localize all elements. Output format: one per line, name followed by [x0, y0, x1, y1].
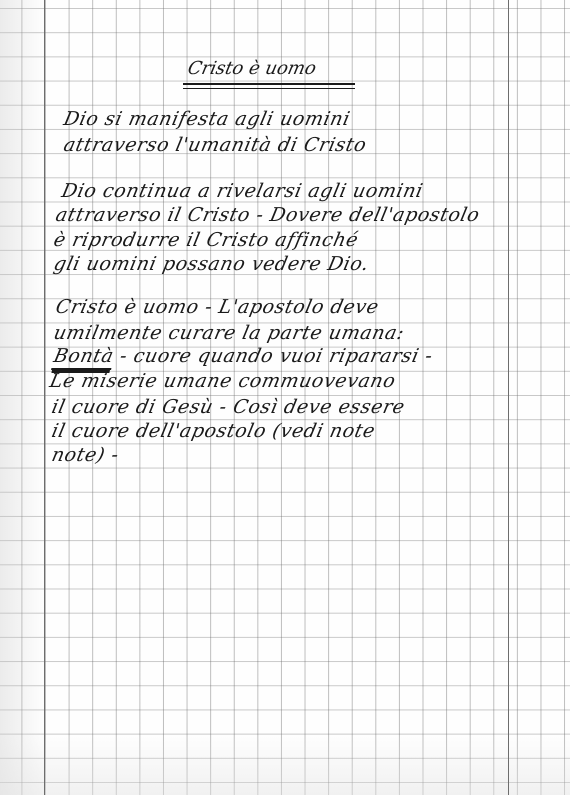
paragraph-2-line-3: è riprodurre il Cristo affinché: [52, 229, 361, 251]
paragraph-2-line-2: attraverso il Cristo - Dovere dell'apost…: [54, 204, 482, 226]
title-underline: [183, 83, 355, 85]
paragraph-3-line-2: umilmente curare la parte umana:: [52, 322, 407, 344]
paragraph-3-line-3: Bontà - cuore quando vuoi ripararsi -: [52, 345, 435, 367]
page-title: Cristo è uomo: [186, 58, 318, 79]
paragraph-2-line-4: gli uomini possano vedere Dio.: [52, 253, 372, 275]
underlined-word: Bontà: [51, 345, 116, 370]
paragraph-3-line-1: Cristo è uomo - L'apostolo deve: [54, 296, 381, 318]
paragraph-3-line-3-rest: - cuore quando vuoi ripararsi -: [111, 345, 435, 367]
paragraph-3-line-5: il cuore di Gesù - Così deve essere: [50, 396, 407, 418]
right-margin-line: [508, 0, 509, 795]
paragraph-3-line-4: Le miserie umane commuovevano: [48, 370, 398, 392]
paragraph-3-line-6: il cuore dell'apostolo (vedi note: [50, 420, 378, 442]
page-shadow-bottom: [0, 735, 570, 795]
paragraph-2-line-1: Dio continua a rivelarsi agli uomini: [60, 180, 426, 202]
title-underline-second: [183, 88, 355, 89]
left-margin-line: [44, 0, 45, 795]
paragraph-1-line-1: Dio si manifesta agli uomini: [62, 108, 353, 130]
paragraph-3-line-7: note) -: [50, 444, 121, 466]
paragraph-1-line-2: attraverso l'umanità di Cristo: [62, 134, 369, 156]
page-shadow-left: [0, 0, 45, 795]
